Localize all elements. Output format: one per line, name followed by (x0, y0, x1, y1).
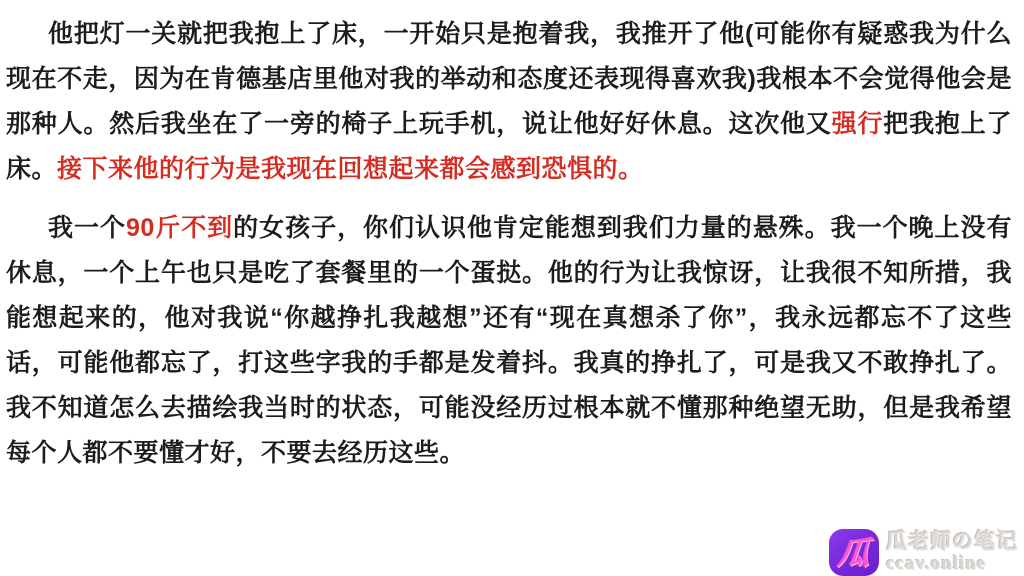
watermark-url: ccav.online (886, 554, 1018, 573)
watermark-title: 瓜老师の笔记 (886, 531, 1018, 552)
text-run-red: 90斤不到 (126, 214, 233, 242)
watermark: 瓜 瓜老师の笔记 ccav.online (829, 529, 1018, 576)
text-content: 他把灯一关就把我抱上了床，一开始只是抱着我，我推开了他(可能你有疑惑我为什么现在… (6, 12, 1012, 476)
text-run-red: 接下来他的行为是我现在回想起来都会感到恐惧的。 (57, 155, 644, 183)
watermark-text: 瓜老师の笔记 ccav.online (886, 531, 1018, 575)
paragraph-1: 他把灯一关就把我抱上了床，一开始只是抱着我，我推开了他(可能你有疑惑我为什么现在… (6, 12, 1012, 192)
text-run-normal: 我一个 (48, 214, 126, 242)
melon-icon: 瓜 (836, 537, 871, 569)
paragraph-2: 我一个90斤不到的女孩子，你们认识他肯定能想到我们力量的悬殊。我一个晚上没有休息… (6, 206, 1012, 476)
text-run-normal: 的女孩子，你们认识他肯定能想到我们力量的悬殊。我一个晚上没有休息，一个上午也只是… (6, 214, 1012, 467)
text-run-red: 强行 (832, 110, 884, 138)
watermark-logo-icon: 瓜 (829, 529, 879, 576)
page: 他把灯一关就把我抱上了床，一开始只是抱着我，我推开了他(可能你有疑惑我为什么现在… (0, 0, 1024, 576)
